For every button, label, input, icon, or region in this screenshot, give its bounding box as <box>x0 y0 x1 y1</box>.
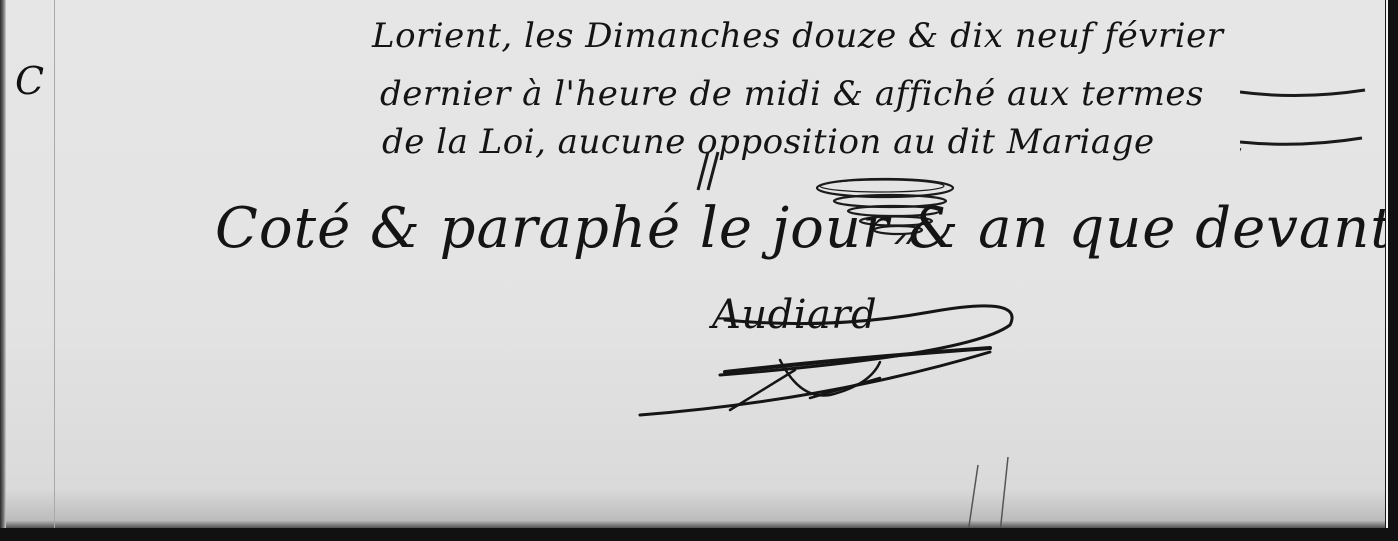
text-line-3: de la Loi, aucune opposition au dit Mari… <box>382 122 1155 162</box>
margin-rule <box>54 0 55 531</box>
page-left-edge <box>0 0 6 531</box>
document-page: C Lorient, les Dimanches douze & dix neu… <box>0 0 1385 531</box>
closing-line: Coté & paraphé le jour & an que devant. <box>215 196 1385 261</box>
text-line-1: Lorient, les Dimanches douze & dix neuf … <box>372 16 1223 56</box>
page-bottom-border <box>0 528 1398 541</box>
margin-note: C <box>15 62 44 100</box>
text-line-2: dernier à l'heure de midi & affiché aux … <box>380 74 1204 114</box>
page-right-border <box>1386 0 1398 541</box>
line-end-swashes <box>1240 80 1380 190</box>
descender-strokes <box>690 150 730 195</box>
faint-pencil-marks <box>940 455 1020 531</box>
signature-paraph <box>630 300 1030 425</box>
